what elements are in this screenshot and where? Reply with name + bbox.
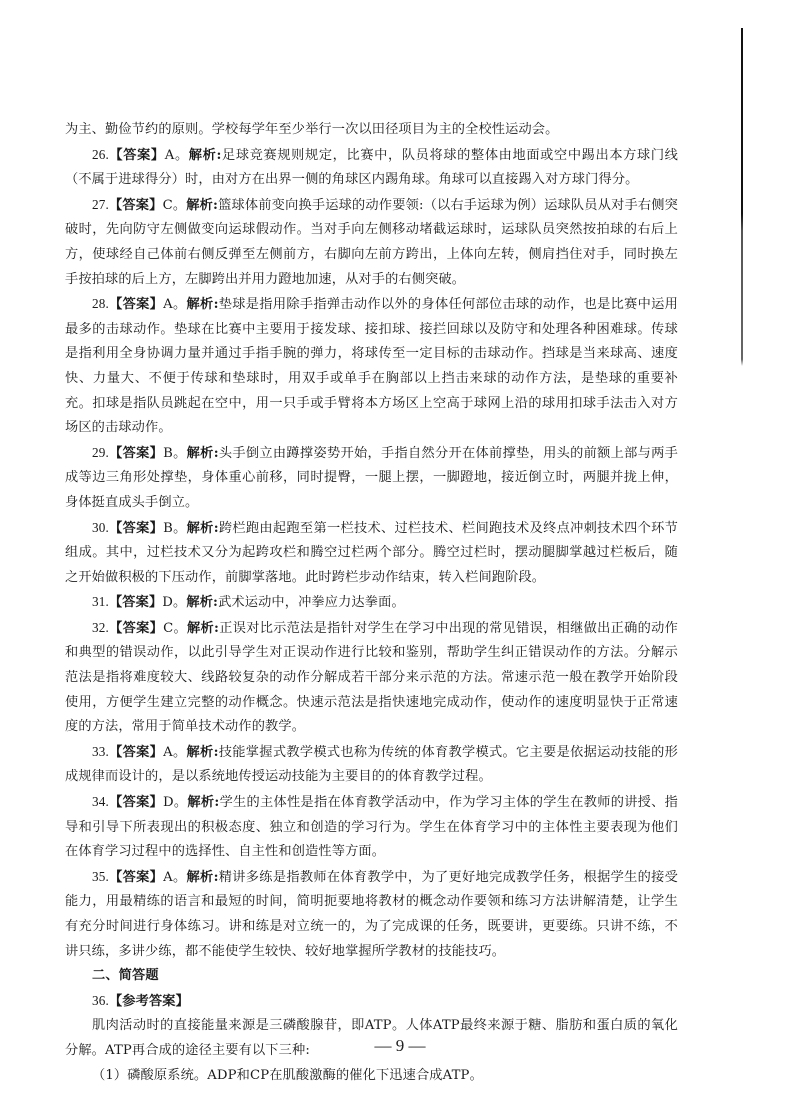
analysis-label: 解析: [187,297,219,312]
answer-28: 28.【答案】A。解析:垫球是指用除手指弹击动作以外的身体任何部位击球的动作，也… [65,292,678,441]
question-36-item-1: （1）磷酸原系统。ADP和CP在肌酸激酶的催化下迅速合成ATP。 [65,1064,678,1089]
question-number: 26. [92,147,109,162]
answer-tag: 【答案】 [109,795,163,810]
analysis-label: 解析: [186,595,218,610]
analysis-label: 解析: [186,198,218,213]
analysis-text: 垫球是指用除手指弹击动作以外的身体任何部位击球的动作，也是比赛中运用最多的击球动… [65,297,678,435]
question-number: 27. [92,197,109,212]
question-number: 36. [92,993,109,1008]
question-number: 35. [92,869,109,884]
analysis-label: 解析: [187,795,219,810]
answer-choice: B。 [163,446,187,461]
analysis-label: 解析: [187,745,219,760]
answer-tag: 【答案】 [109,297,163,312]
answer-tag: 【答案】 [109,595,162,610]
answer-choice: C。 [163,621,187,636]
question-36-header: 36.【参考答案】 [65,989,678,1015]
analysis-label: 解析: [187,870,219,885]
document-body: 为主、勤俭节约的原则。学校每学年至少举行一次以田径项目为主的全校性运动会。 26… [65,118,678,1088]
question-number: 30. [92,520,109,535]
answer-choice: A。 [165,148,189,163]
answer-choice: C。 [163,198,187,213]
answer-34: 34.【答案】D。解析:学生的主体性是指在体育教学活动中，作为学习主体的学生在教… [65,790,678,865]
page-number: — 9 — [0,1036,800,1056]
answer-tag: 【答案】 [109,148,165,163]
continuation-paragraph: 为主、勤俭节约的原则。学校每学年至少举行一次以田径项目为主的全校性运动会。 [65,118,678,143]
answer-29: 29.【答案】B。解析:头手倒立由蹲撑姿势开始，手指自然分开在体前撑垫，用头的前… [65,441,678,516]
answer-choice: A。 [163,745,186,760]
scanner-edge-line [741,28,743,366]
question-number: 28. [92,296,109,311]
question-number: 32. [92,620,109,635]
answer-tag: 【答案】 [109,446,163,461]
question-number: 33. [92,744,109,759]
answer-tag: 【答案】 [109,621,163,636]
answer-tag: 【答案】 [109,745,163,760]
question-number: 29. [92,445,109,460]
analysis-label: 解析: [187,521,219,536]
answer-30: 30.【答案】B。解析:跨栏跑由起跑至第一栏技术、过栏技术、栏间跑技术及终点冲刺… [65,516,678,591]
answer-choice: A。 [163,297,186,312]
answer-32: 32.【答案】C。解析:正误对比示范法是指针对学生在学习中出现的常见错误，相继做… [65,616,678,740]
answer-tag: 【答案】 [109,198,163,213]
analysis-label: 解析: [187,621,219,636]
analysis-label: 解析: [187,446,219,461]
analysis-text: 武术运动中，冲拳应力达拳面。 [218,595,405,610]
answer-35: 35.【答案】A。解析:精讲多练是指教师在体育教学中，为了更好地完成教学任务，根… [65,865,678,964]
answer-choice: B。 [163,521,187,536]
answer-choice: D。 [163,795,187,810]
answer-33: 33.【答案】A。解析:技能掌握式教学模式也称为传统的体育教学模式。它主要是依据… [65,740,678,790]
answer-tag: 【答案】 [109,870,163,885]
answer-31: 31.【答案】D。解析:武术运动中，冲拳应力达拳面。 [65,590,678,616]
question-number: 31. [92,594,109,609]
analysis-label: 解析: [189,148,222,163]
reference-answer-tag: 【参考答案】 [109,994,189,1009]
section-heading-short-answer: 二、简答题 [65,964,678,989]
question-number: 34. [92,794,109,809]
analysis-text: 正误对比示范法是指针对学生在学习中出现的常见错误，相继做出正确的动作和典型的错误… [65,621,678,734]
answer-26: 26.【答案】A。解析:足球竞赛规则规定，比赛中，队员将球的整体由地面或空中踢出… [65,143,678,193]
answer-tag: 【答案】 [109,521,163,536]
answer-choice: A。 [163,870,186,885]
answer-choice: D。 [162,595,186,610]
answer-27: 27.【答案】C。解析:篮球体前变向换手运球的动作要领:（以右手运球为例）运球队… [65,193,678,292]
